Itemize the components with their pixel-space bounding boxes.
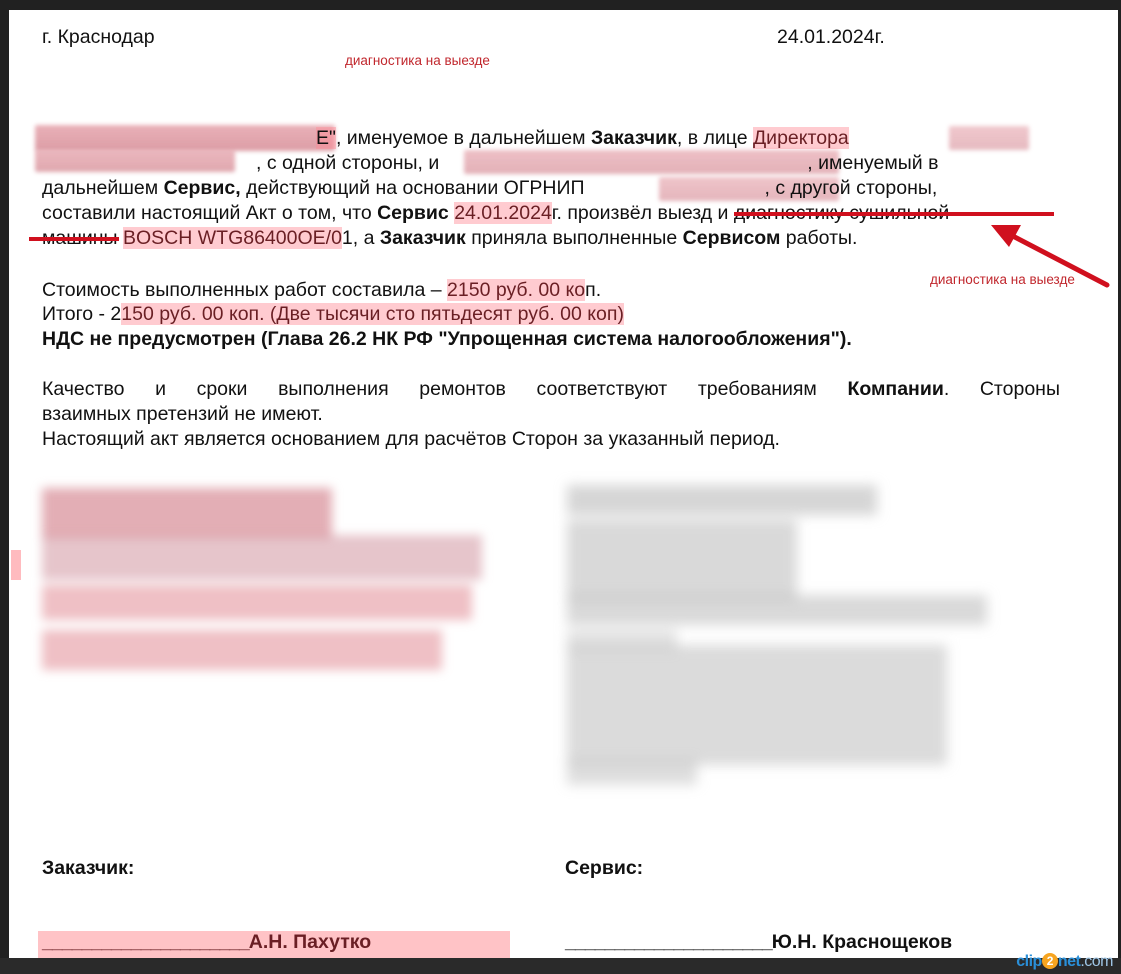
paragraph1-line5: машины BOSCH WTG86400OE/01, а Заказчик п… (42, 226, 857, 250)
cost-line: Стоимость выполненных работ составила – … (42, 278, 601, 302)
customer-signatory-name: А.Н. Пахутко (249, 931, 371, 953)
redaction-mark (11, 550, 21, 580)
city: г. Краснодар (42, 25, 155, 49)
clip2net-logo-icon: 2 (1042, 953, 1058, 969)
redacted-director-surname (949, 126, 1029, 150)
annotation-top: диагностика на выезде (345, 53, 490, 68)
window-bottom-edge (0, 958, 1121, 974)
paragraph1-line3: дальнейшем Сервис, действующий на основа… (42, 176, 937, 200)
quality-line1: Качество и сроки выполнения ремонтов соо… (42, 377, 1060, 401)
annotation-right: диагностика на выезде (930, 272, 1075, 287)
paragraph1-line2: , с одной стороны, и, именуемый в (42, 151, 938, 175)
quality-line3: Настоящий акт является основанием для ра… (42, 427, 780, 451)
redacted-service-requisites (557, 480, 977, 790)
signature-line: _____________________ (42, 931, 249, 953)
service-label: Сервис: (565, 856, 643, 880)
customer-label: Заказчик: (42, 856, 134, 880)
signature-line: _____________________ (565, 931, 772, 953)
service-signature: _____________________Ю.Н. Краснощеков (565, 930, 952, 954)
document-date: 24.01.2024г. (777, 25, 885, 49)
customer-signature: _____________________А.Н. Пахутко (42, 930, 371, 954)
redacted-customer-requisites (27, 480, 497, 680)
paragraph1-line1: Е", именуемое в дальнейшем Заказчик, в л… (42, 126, 849, 150)
document-page: г. Краснодар 24.01.2024г. диагностика на… (9, 10, 1118, 958)
service-signatory-name: Ю.Н. Краснощеков (772, 931, 952, 953)
vat-note: НДС не предусмотрен (Глава 26.2 НК РФ "У… (42, 327, 852, 351)
total-line: Итого - 2150 руб. 00 коп. (Две тысячи ст… (42, 302, 624, 326)
strikethrough-line (29, 237, 119, 241)
quality-line2: взаимных претензий не имеют. (42, 402, 323, 426)
clip2net-watermark: clip2net.com (1016, 953, 1113, 971)
